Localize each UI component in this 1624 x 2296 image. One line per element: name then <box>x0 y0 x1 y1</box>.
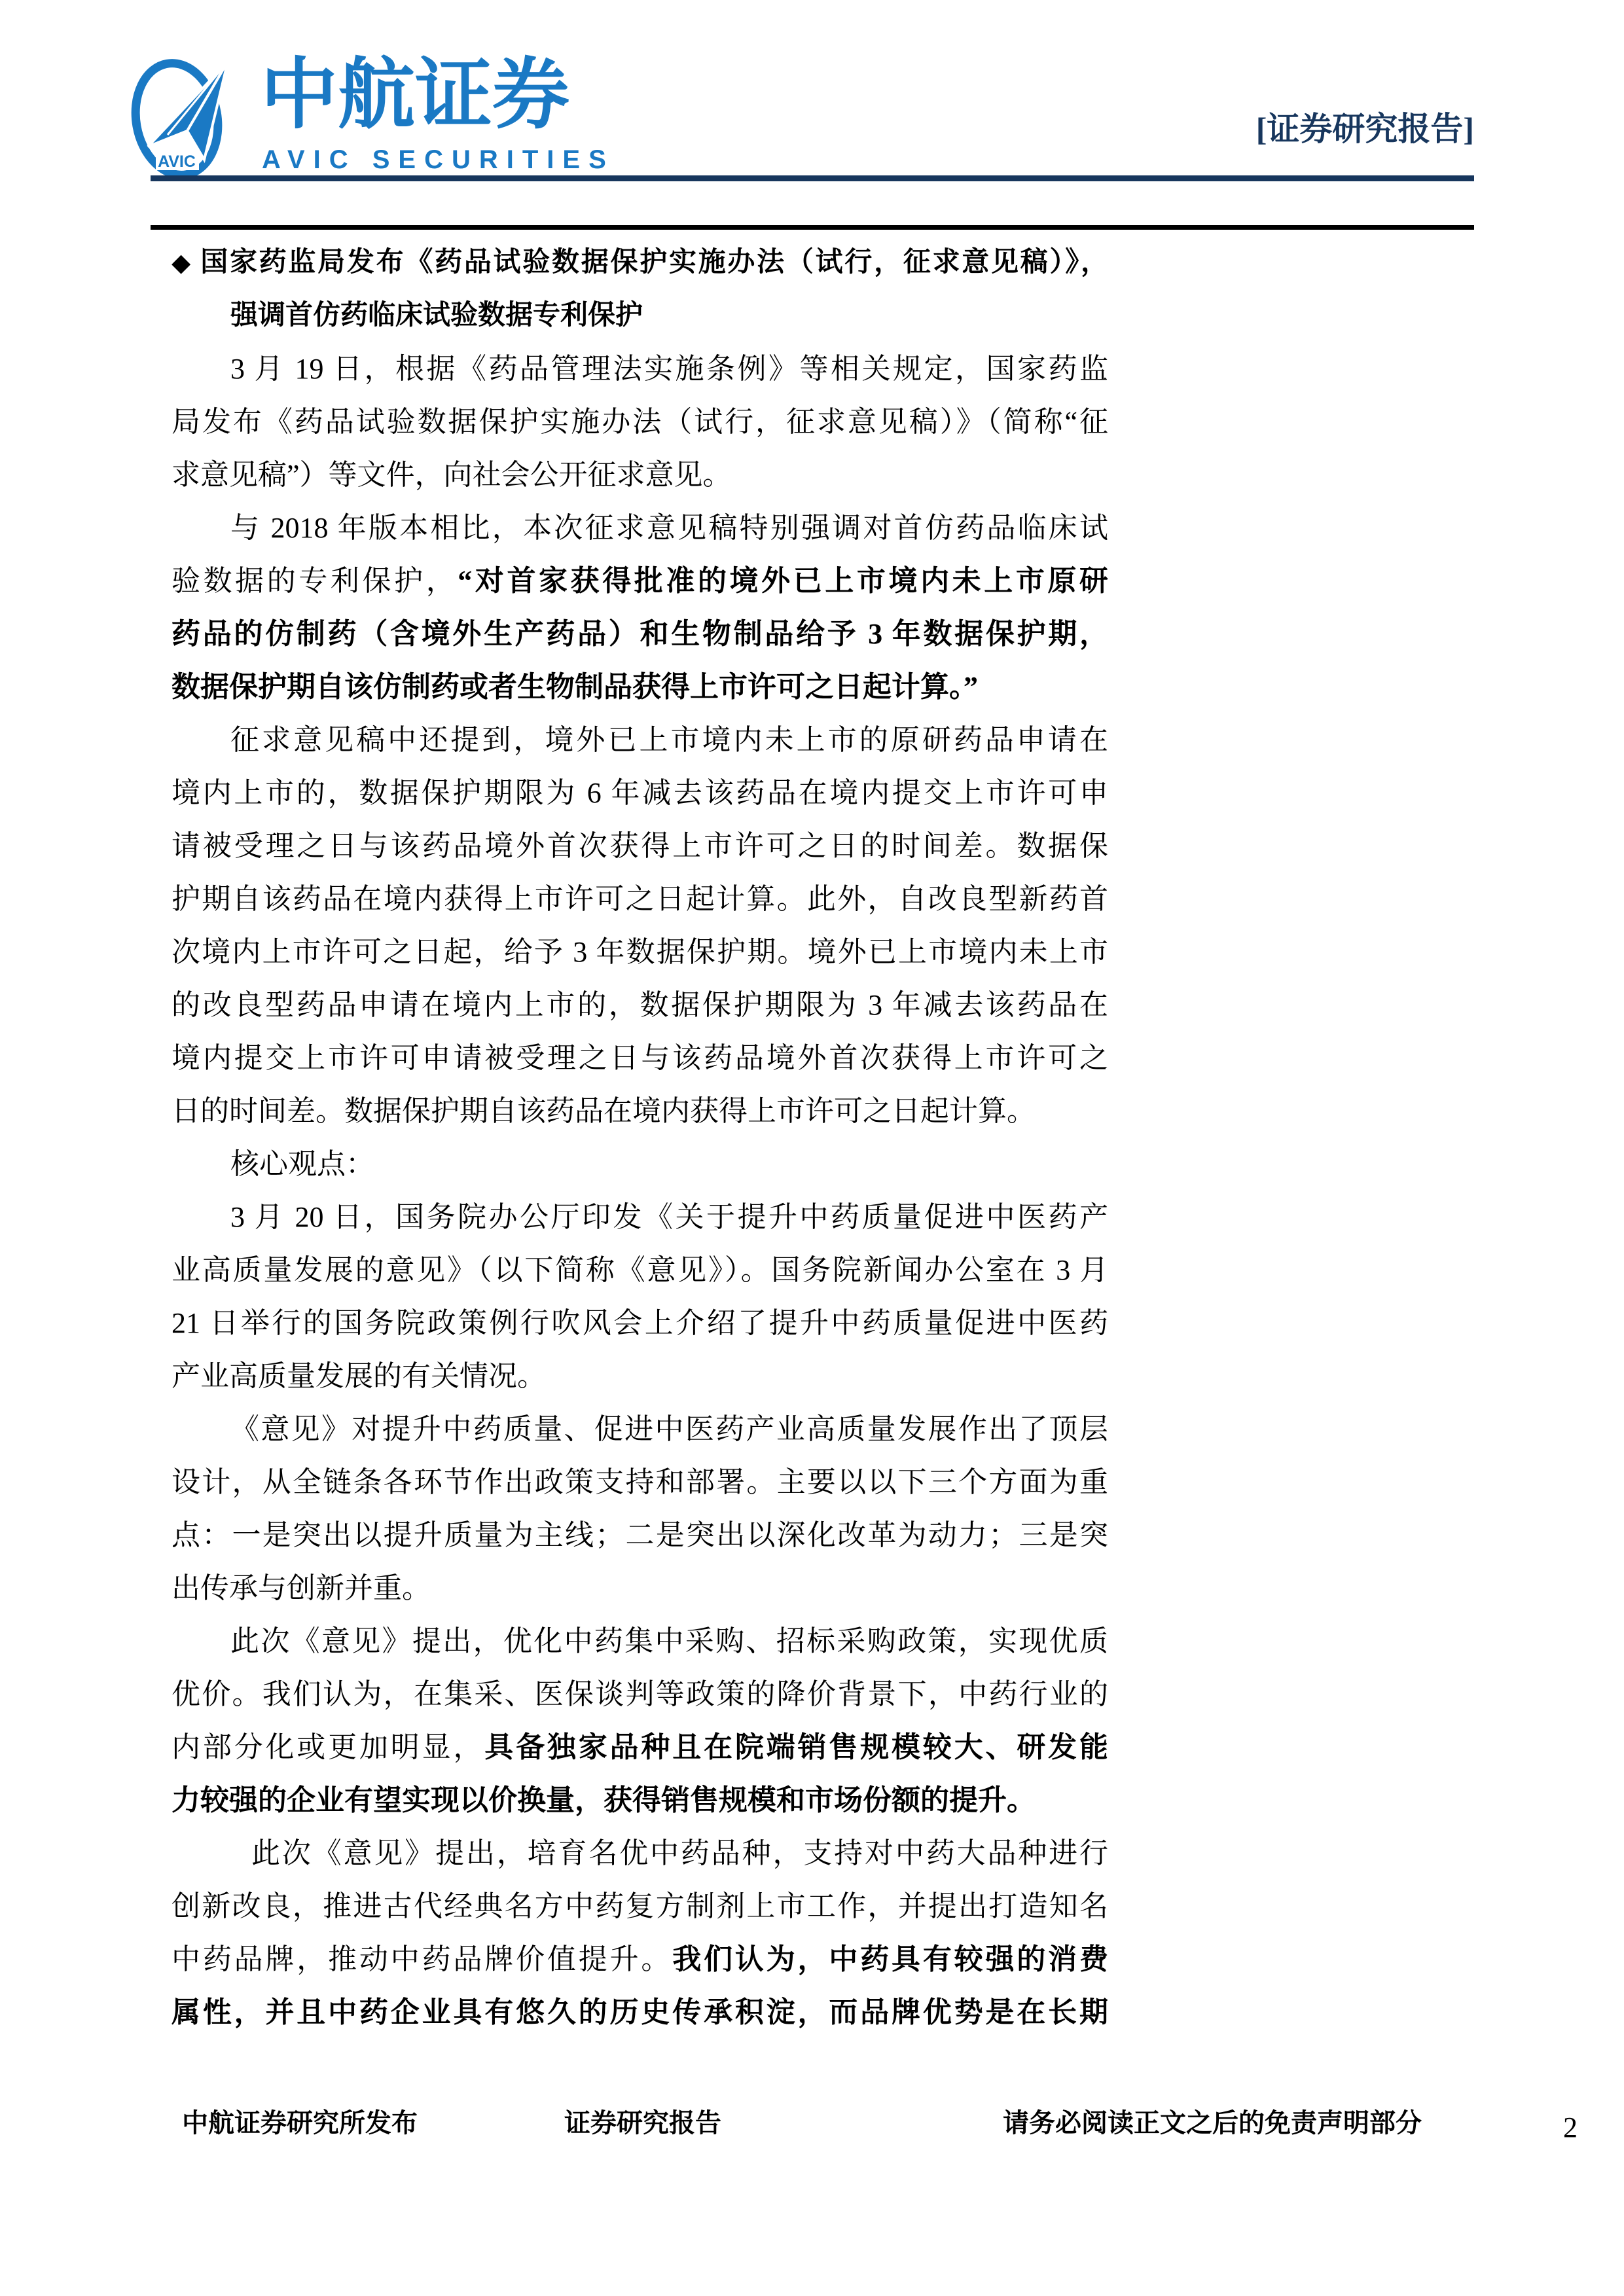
body-line: 与 2018 年版本相比，本次征求意见稿特别强调对首仿药品临床试 <box>171 501 1108 554</box>
brand-name-english: AVIC SECURITIES <box>262 147 615 173</box>
body-line: 核心观点： <box>171 1138 1108 1191</box>
body-line: 出传承与创新并重。 <box>171 1562 1108 1615</box>
heading-line: ◆ 国家药监局发布《药品试验数据保护实施办法（试行，征求意见稿）》， <box>171 236 1108 289</box>
avic-icon-label: AVIC <box>158 152 196 171</box>
heading-line: 强调首仿药临床试验数据专利保护 <box>171 289 1108 342</box>
footer-disclaimer-notice: 请务必阅读正文之后的免责声明部分 <box>1003 2109 1422 2138</box>
body-line: 境内上市的，数据保护期限为 6 年减去该药品在境内提交上市许可申 <box>171 766 1108 819</box>
body-line: 3 月 20 日，国务院办公厅印发《关于提升中药质量促进中医药产 <box>171 1191 1108 1244</box>
body-line: 请被受理之日与该药品境外首次获得上市许可之日的时间差。数据保 <box>171 819 1108 872</box>
section-rule <box>151 225 1474 230</box>
avic-plane-logo-icon: AVIC <box>130 55 234 181</box>
body-line: 产业高质量发展的有关情况。 <box>171 1350 1108 1403</box>
body-line: 中药品牌，推动中药品牌价值提升。我们认为，中药具有较强的消费 <box>171 1933 1108 1986</box>
body-line: 创新改良，推进古代经典名方中药复方制剂上市工作，并提出打造知名 <box>171 1880 1108 1933</box>
body-line: 药品的仿制药（含境外生产药品）和生物制品给予 3 年数据保护期， <box>171 607 1108 660</box>
body-line: 优价。我们认为，在集采、医保谈判等政策的降价背景下，中药行业的 <box>171 1668 1108 1721</box>
report-page: AVIC 中航证券 AVIC SECURITIES [证券研究报告] ◆ 国家药… <box>0 0 1624 2296</box>
footer-report-type: 证券研究报告 <box>564 2109 721 2138</box>
body-line: 的改良型药品申请在境内上市的，数据保护期限为 3 年减去该药品在 <box>171 978 1108 1031</box>
body-line: 境内提交上市许可申请被受理之日与该药品境外首次获得上市许可之 <box>171 1031 1108 1085</box>
body-line: 局发布《药品试验数据保护实施办法（试行，征求意见稿）》（简称“征 <box>171 395 1108 448</box>
body-line: 日的时间差。数据保护期自该药品在境内获得上市许可之日起计算。 <box>171 1085 1108 1138</box>
body-line: 护期自该药品在境内获得上市许可之日起计算。此外，自改良型新药首 <box>171 872 1108 925</box>
body-line: 征求意见稿中还提到，境外已上市境内未上市的原研药品申请在 <box>171 713 1108 766</box>
body-line: 此次《意见》提出，培育名优中药品种，支持对中药大品种进行 <box>171 1827 1108 1880</box>
body-line: 求意见稿”）等文件，向社会公开征求意见。 <box>171 448 1108 501</box>
body-line: 内部分化或更加明显，具备独家品种且在院端销售规模较大、研发能 <box>171 1721 1108 1774</box>
body-line: 次境内上市许可之日起，给予 3 年数据保护期。境外已上市境内未上市 <box>171 925 1108 978</box>
body-line: 21 日举行的国务院政策例行吹风会上介绍了提升中药质量促进中医药 <box>171 1297 1108 1350</box>
body-line: 数据保护期自该仿制药或者生物制品获得上市许可之日起计算。” <box>171 660 1108 713</box>
report-type-tag: [证券研究报告] <box>1047 109 1474 149</box>
body-line: 点：一是突出以提升质量为主线；二是突出以深化改革为动力；三是突 <box>171 1509 1108 1562</box>
page-number: 2 <box>1563 2113 1578 2143</box>
footer-publisher: 中航证券研究所发布 <box>182 2109 418 2138</box>
brand-name-chinese: 中航证券 <box>261 56 569 134</box>
body-line: 《意见》对提升中药质量、促进中医药产业高质量发展作出了顶层 <box>171 1403 1108 1456</box>
brand-logo: AVIC 中航证券 AVIC SECURITIES <box>130 55 693 179</box>
body-line: 属性，并且中药企业具有悠久的历史传承积淀，而品牌优势是在长期 <box>171 1986 1108 2039</box>
body-line: 验数据的专利保护，“对首家获得批准的境外已上市境内未上市原研 <box>171 554 1108 607</box>
diamond-bullet-icon: ◆ <box>171 249 200 277</box>
body-line: 此次《意见》提出，优化中药集中采购、招标采购政策，实现优质 <box>171 1615 1108 1668</box>
body-line: 力较强的企业有望实现以价换量，获得销售规模和市场份额的提升。 <box>171 1774 1108 1827</box>
body-text: ◆ 国家药监局发布《药品试验数据保护实施办法（试行，征求意见稿）》，强调首仿药临… <box>171 236 1108 2039</box>
body-line: 业高质量发展的意见》（以下简称《意见》）。国务院新闻办公室在 3 月 <box>171 1244 1108 1297</box>
header-rule <box>151 175 1474 181</box>
body-line: 设计，从全链条各环节作出政策支持和部署。主要以以下三个方面为重 <box>171 1456 1108 1509</box>
body-line: 3 月 19 日，根据《药品管理法实施条例》等相关规定，国家药监 <box>171 342 1108 395</box>
